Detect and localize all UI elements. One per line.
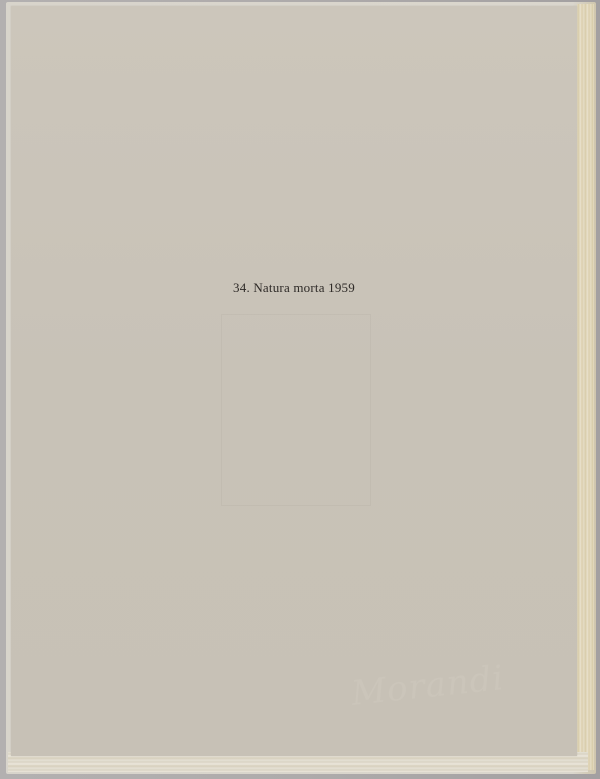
deckled-edge-right	[577, 4, 594, 770]
print-caption: 34. Natura morta 1959	[11, 280, 577, 296]
print-sheet: 34. Natura morta 1959 Morandi	[11, 6, 577, 756]
artist-signature: Morandi	[349, 658, 506, 714]
plate-show-through	[221, 314, 371, 506]
